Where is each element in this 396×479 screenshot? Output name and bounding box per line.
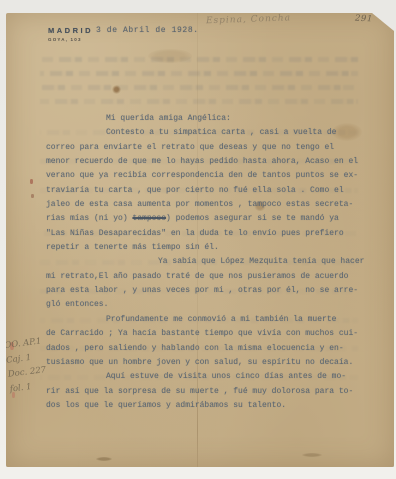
letter-line: gló entonces. bbox=[46, 298, 370, 312]
letterhead-city: MADRID bbox=[48, 26, 93, 35]
handwritten-name-note: Espina, Concha bbox=[206, 12, 336, 27]
letter-line: mi retrato,El año pasado traté de que no… bbox=[46, 270, 370, 284]
letterhead-address: GOYA, 103 bbox=[48, 37, 82, 42]
letter-line: Mi querida amiga Angélica: bbox=[46, 112, 370, 126]
letter-line: jaleo de esta casa aumenta por momentos … bbox=[46, 198, 370, 212]
letter-line: Aquí estuve de visita unos cinco días an… bbox=[46, 370, 370, 384]
letter-line: repetir a tenerte más tiempo sin él. bbox=[46, 241, 370, 255]
stain bbox=[96, 457, 112, 461]
bleedthrough-smudge bbox=[40, 71, 358, 76]
stain bbox=[112, 85, 121, 94]
letter-line: verano que ya recibía correspondencia de… bbox=[46, 169, 370, 183]
letter-line: menor recuerdo de que me lo hayas pedido… bbox=[46, 155, 370, 169]
letter-line: Ya sabía que López Mezquita tenía que ha… bbox=[46, 255, 370, 269]
scanned-letter-screenshot: { "annotations": { "page_number": "291",… bbox=[0, 0, 396, 479]
letter-body: Mi querida amiga Angélica:Contesto a tu … bbox=[46, 112, 370, 413]
handwritten-page-number: 291 bbox=[355, 14, 373, 25]
letter-line: tusiasmo que un hombre joven y con salud… bbox=[46, 356, 370, 370]
letter-line: traviaría tu carta , que por cierto no f… bbox=[46, 184, 370, 198]
stain bbox=[302, 453, 322, 457]
bleedthrough-smudge bbox=[40, 85, 358, 90]
letter-line: Profundamente me conmovió a mi también l… bbox=[46, 313, 370, 327]
bleedthrough-smudge bbox=[40, 57, 358, 62]
typed-date: 3 de Abril de 1928. bbox=[96, 26, 199, 35]
letter-line: dados , pero saliendo y hablando con la … bbox=[46, 342, 370, 356]
struck-word: tampoco bbox=[132, 214, 166, 223]
ink-speck bbox=[31, 194, 34, 198]
bleedthrough-smudge bbox=[40, 99, 358, 104]
stain bbox=[148, 49, 192, 63]
letter-line: dos los que le queríamos y admirábamos s… bbox=[46, 399, 370, 413]
letter-line: correo para enviarte el retrato que dese… bbox=[46, 141, 370, 155]
letter-line: rir así que la sorpresa de su muerte , f… bbox=[46, 385, 370, 399]
letter-line: Contesto a tu simpatica carta , casi a v… bbox=[46, 126, 370, 140]
letter-line: para esta labor , y unas veces por mi , … bbox=[46, 284, 370, 298]
letter-line: "Las Niñas Desaparecidas" en la duda te … bbox=[46, 227, 370, 241]
letter-page: Espina, Concha 291 OO. AP.1 Caj. 1 Doc. … bbox=[6, 13, 394, 467]
ink-speck bbox=[30, 179, 33, 184]
letter-line: rias mías (ni yo) tampoco) podemos asegu… bbox=[46, 212, 370, 226]
letter-line: de Carracido ; Ya hacía bastante tiempo … bbox=[46, 327, 370, 341]
